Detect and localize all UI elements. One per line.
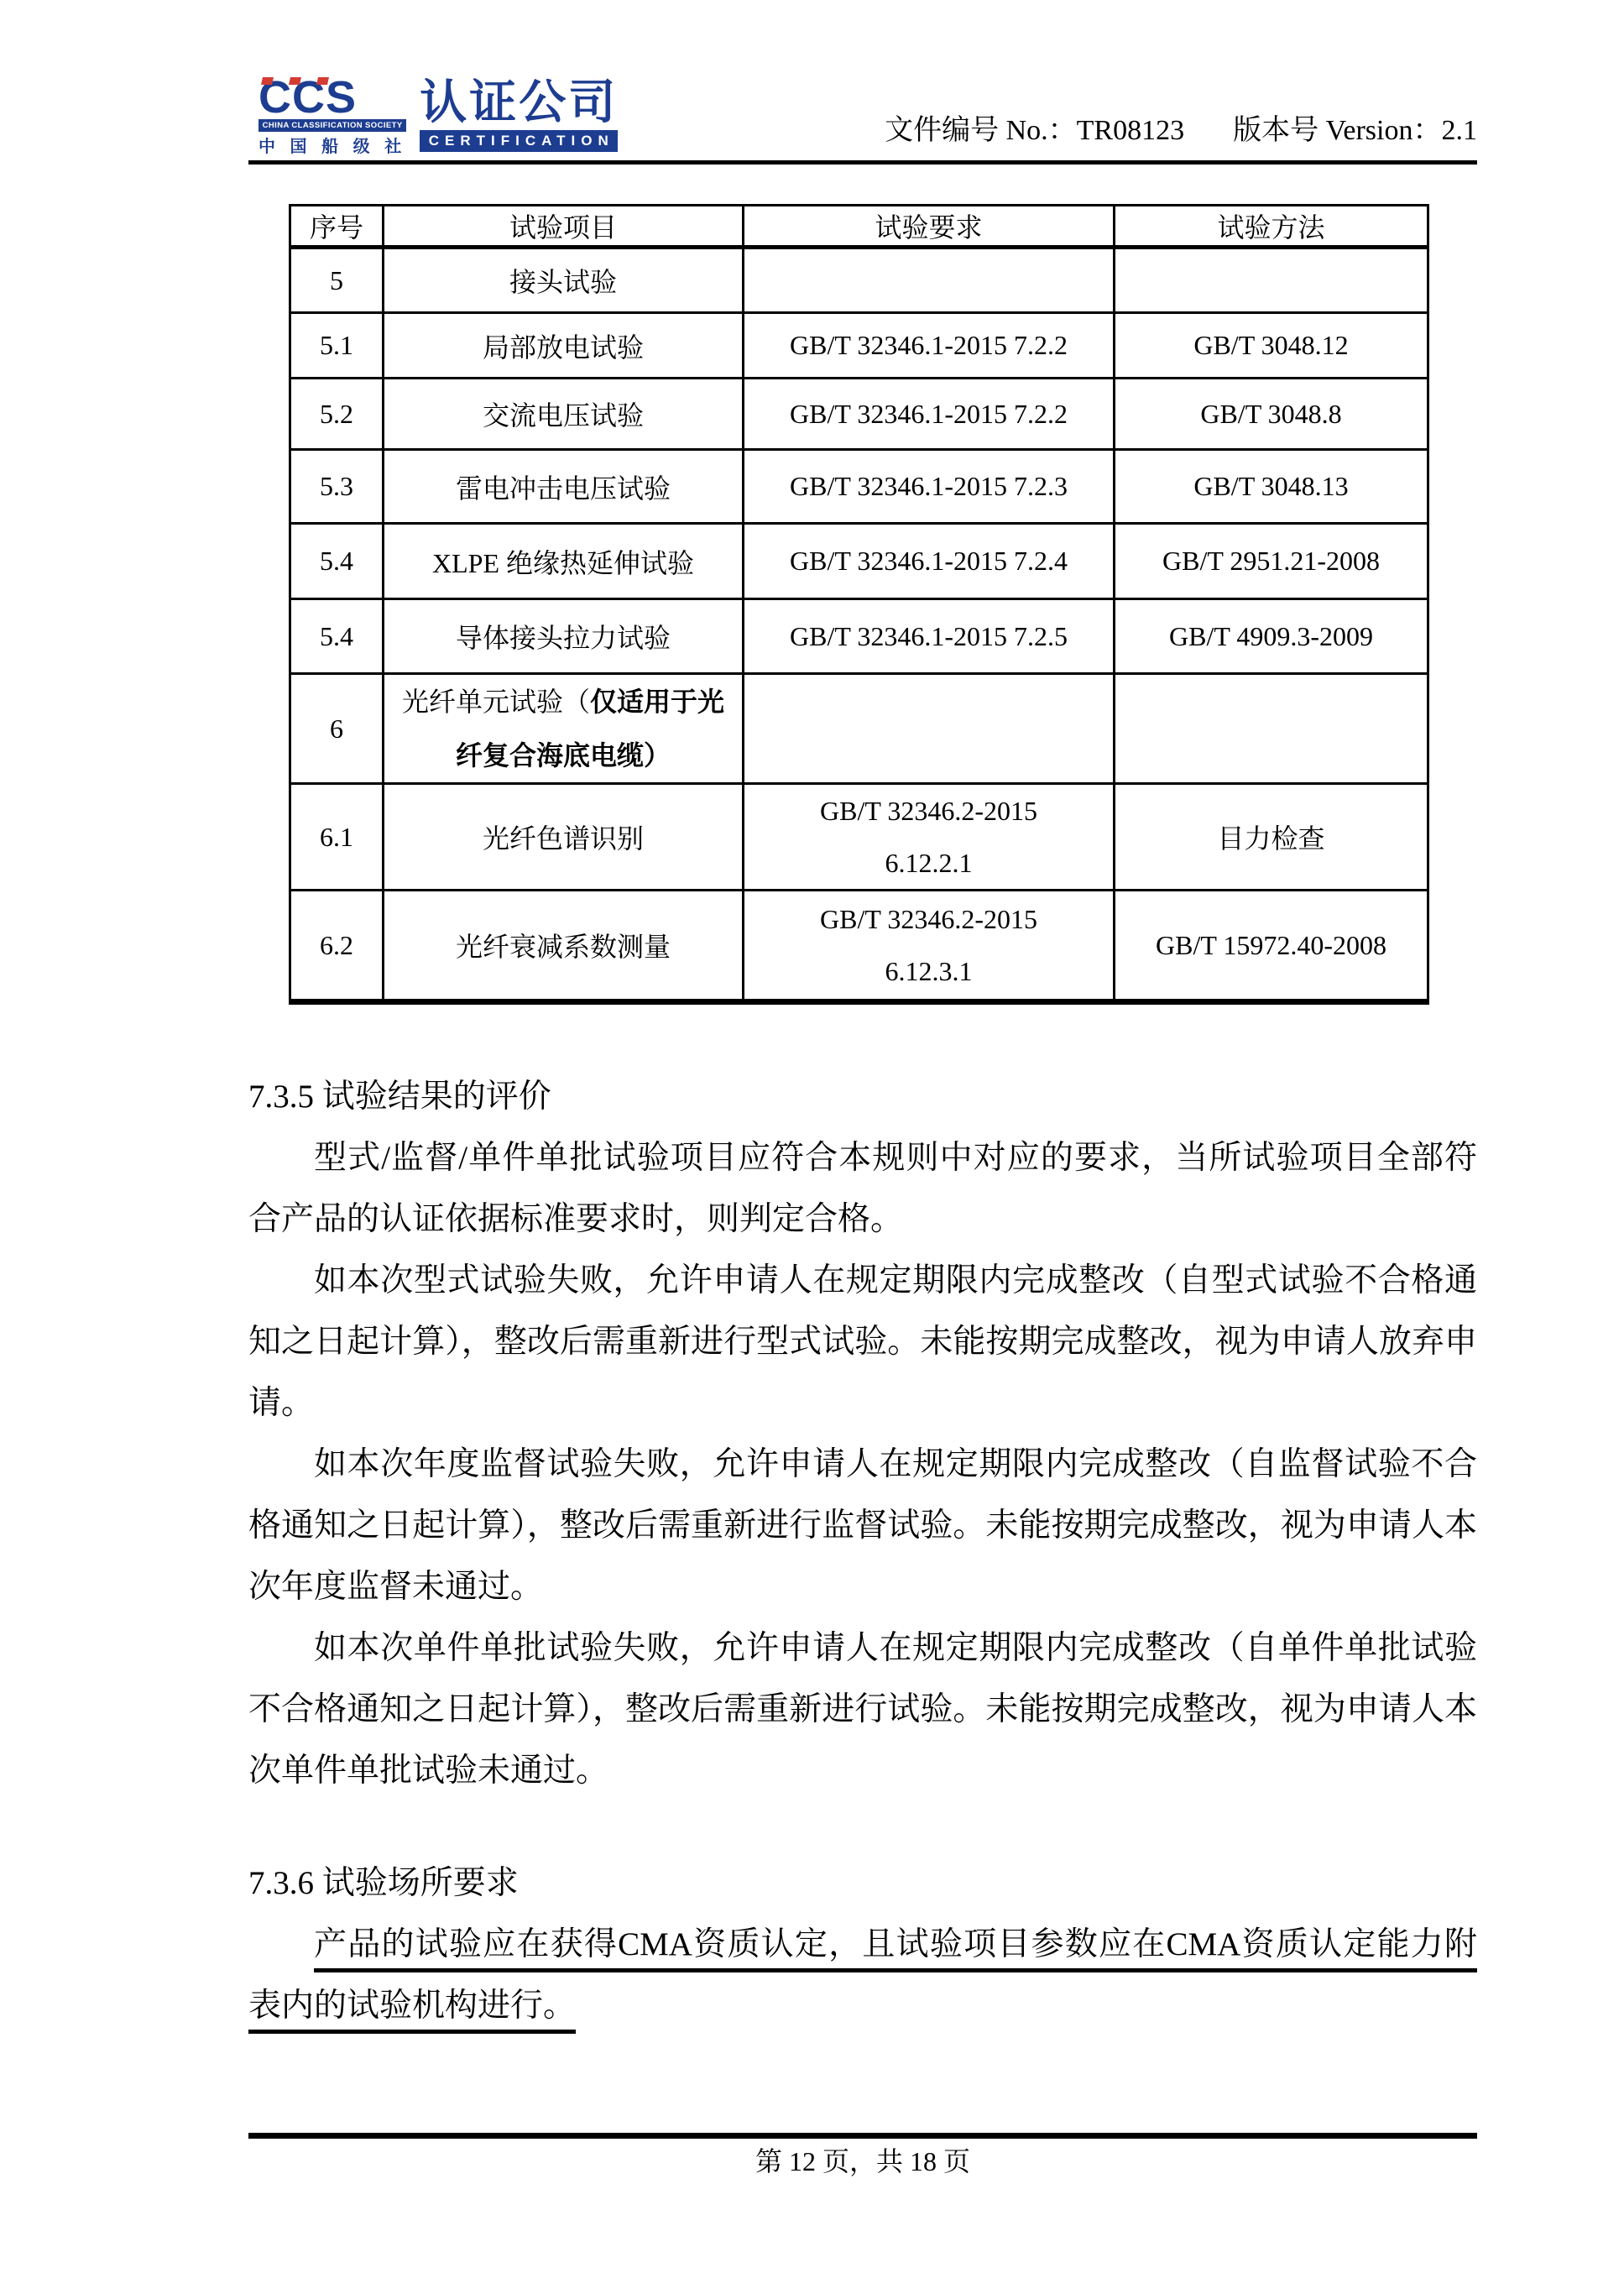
cell-item: 接头试验 bbox=[384, 248, 744, 313]
table-row: 5.2 交流电压试验 GB/T 32346.1-2015 7.2.2 GB/T … bbox=[290, 379, 1428, 450]
cell-requirement bbox=[744, 248, 1115, 313]
header-rule bbox=[248, 160, 1477, 165]
requirement-line-1: GB/T 32346.2-2015 bbox=[753, 785, 1104, 837]
section-7-3-5: 7.3.5 试验结果的评价 型式/监督/单件单批试验项目应符合本规则中对应的要求… bbox=[248, 1066, 1477, 1801]
cell-method: 目力检查 bbox=[1115, 784, 1428, 891]
table-row: 6.2 光纤衰减系数测量 GB/T 32346.2-2015 6.12.3.1 … bbox=[290, 891, 1428, 1002]
footer-rule bbox=[248, 2133, 1477, 2139]
cell-item: 光纤单元试验（仅适用于光纤复合海底电缆） bbox=[384, 674, 744, 784]
section-heading: 7.3.6 试验场所要求 bbox=[248, 1852, 1477, 1914]
table-row: 5.1 局部放电试验 GB/T 32346.1-2015 7.2.2 GB/T … bbox=[290, 313, 1428, 379]
cell-requirement: GB/T 32346.1-2015 7.2.2 bbox=[744, 313, 1115, 379]
section-heading: 7.3.5 试验结果的评价 bbox=[248, 1066, 1477, 1127]
requirement-line-1: GB/T 32346.2-2015 bbox=[753, 893, 1104, 945]
table-row: 6 光纤单元试验（仅适用于光纤复合海底电缆） bbox=[290, 674, 1428, 784]
cell-method: GB/T 3048.8 bbox=[1115, 379, 1428, 450]
cell-requirement: GB/T 32346.1-2015 7.2.4 bbox=[744, 524, 1115, 599]
cell-no: 5.2 bbox=[290, 379, 384, 450]
cell-method bbox=[1115, 248, 1428, 313]
requirement-line-2: 6.12.2.1 bbox=[753, 837, 1104, 889]
cell-no: 5 bbox=[290, 248, 384, 313]
cell-requirement: GB/T 32346.1-2015 7.2.2 bbox=[744, 379, 1115, 450]
cell-requirement: GB/T 32346.2-2015 6.12.3.1 bbox=[744, 891, 1115, 1002]
certification-label: CERTIFICATION bbox=[420, 130, 618, 152]
table-row: 5.4 XLPE 绝缘热延伸试验 GB/T 32346.1-2015 7.2.4… bbox=[290, 524, 1428, 599]
cell-no: 6 bbox=[290, 674, 384, 784]
cell-method: GB/T 2951.21-2008 bbox=[1115, 524, 1428, 599]
table-row: 5 接头试验 bbox=[290, 248, 1428, 313]
ccs-red-accent bbox=[316, 77, 329, 85]
table-row: 5.4 导体接头拉力试验 GB/T 32346.1-2015 7.2.5 GB/… bbox=[290, 599, 1428, 674]
underlined-paragraph: 产品的试验应在获得CMA资质认定，且试验项目参数应在CMA资质认定能力附表内的试… bbox=[248, 1914, 1477, 2036]
item-normal-part: 光纤单元试验（ bbox=[402, 687, 590, 717]
cell-method: GB/T 15972.40-2008 bbox=[1115, 891, 1428, 1002]
cell-requirement bbox=[744, 674, 1115, 784]
society-name-cn: 中 国 船 级 社 bbox=[258, 133, 406, 157]
doc-number: 文件编号 No.：TR08123 bbox=[885, 115, 1184, 146]
ccs-logo-text: CCS bbox=[258, 79, 406, 116]
table-header-row: 序号 试验项目 试验要求 试验方法 bbox=[290, 206, 1428, 248]
ccs-red-accent bbox=[261, 77, 274, 85]
cell-no: 6.2 bbox=[290, 891, 384, 1002]
cell-method: GB/T 4909.3-2009 bbox=[1115, 599, 1428, 674]
col-header-requirement: 试验要求 bbox=[744, 206, 1115, 248]
company-name: 认证公司 bbox=[420, 79, 618, 126]
requirement-line-2: 6.12.3.1 bbox=[753, 945, 1104, 997]
cell-no: 5.4 bbox=[290, 599, 384, 674]
cell-item: 光纤色谱识别 bbox=[384, 784, 744, 891]
cell-item: 导体接头拉力试验 bbox=[384, 599, 744, 674]
cell-no: 5.1 bbox=[290, 313, 384, 379]
cell-method: GB/T 3048.13 bbox=[1115, 450, 1428, 524]
paragraph: 型式/监督/单件单批试验项目应符合本规则中对应的要求，当所试验项目全部符合产品的… bbox=[248, 1127, 1477, 1250]
ccs-logo-left: CCS CHINA CLASSIFICATION SOCIETY 中 国 船 级… bbox=[258, 79, 406, 157]
paragraph: 如本次单件单批试验失败，允许申请人在规定期限内完成整改（自单件单批试验不合格通知… bbox=[248, 1617, 1477, 1801]
document-meta: 文件编号 No.：TR08123版本号 Version：2.1 bbox=[885, 107, 1477, 148]
paragraph: 如本次型式试验失败，允许申请人在规定期限内完成整改（自型式试验不合格通知之日起计… bbox=[248, 1250, 1477, 1434]
page-number: 第 12 页，共 18 页 bbox=[248, 2142, 1477, 2181]
society-name-en: CHINA CLASSIFICATION SOCIETY bbox=[258, 119, 406, 132]
cell-item: XLPE 绝缘热延伸试验 bbox=[384, 524, 744, 599]
ccs-logo-right: 认证公司 CERTIFICATION bbox=[420, 79, 618, 157]
test-items-table: 序号 试验项目 试验要求 试验方法 5 接头试验 5.1 局部放电试验 GB/T… bbox=[289, 204, 1429, 1005]
cell-item-text: 光纤单元试验（仅适用于光纤复合海底电缆） bbox=[393, 675, 734, 782]
cell-requirement: GB/T 32346.2-2015 6.12.2.1 bbox=[744, 784, 1115, 891]
cell-requirement: GB/T 32346.1-2015 7.2.5 bbox=[744, 599, 1115, 674]
cell-method bbox=[1115, 674, 1428, 784]
cell-item: 局部放电试验 bbox=[384, 313, 744, 379]
paragraph: 如本次年度监督试验失败，允许申请人在规定期限内完成整改（自监督试验不合格通知之日… bbox=[248, 1434, 1477, 1617]
cell-item: 雷电冲击电压试验 bbox=[384, 450, 744, 524]
section-7-3-6: 7.3.6 试验场所要求 产品的试验应在获得CMA资质认定，且试验项目参数应在C… bbox=[248, 1852, 1477, 2036]
doc-version: 版本号 Version：2.1 bbox=[1233, 115, 1477, 146]
table-row: 6.1 光纤色谱识别 GB/T 32346.2-2015 6.12.2.1 目力… bbox=[290, 784, 1428, 891]
cell-item: 光纤衰减系数测量 bbox=[384, 891, 744, 1002]
table-row: 5.3 雷电冲击电压试验 GB/T 32346.1-2015 7.2.3 GB/… bbox=[290, 450, 1428, 524]
cell-no: 5.4 bbox=[290, 524, 384, 599]
ccs-red-accent bbox=[289, 77, 301, 85]
requirement-two-line: GB/T 32346.2-2015 6.12.3.1 bbox=[753, 893, 1104, 997]
document-page: CCS CHINA CLASSIFICATION SOCIETY 中 国 船 级… bbox=[0, 0, 1624, 2278]
ccs-logo: CCS CHINA CLASSIFICATION SOCIETY 中 国 船 级… bbox=[258, 79, 618, 157]
col-header-item: 试验项目 bbox=[384, 206, 744, 248]
col-header-method: 试验方法 bbox=[1115, 206, 1428, 248]
cell-item: 交流电压试验 bbox=[384, 379, 744, 450]
requirement-two-line: GB/T 32346.2-2015 6.12.2.1 bbox=[753, 785, 1104, 889]
cell-requirement: GB/T 32346.1-2015 7.2.3 bbox=[744, 450, 1115, 524]
cell-no: 5.3 bbox=[290, 450, 384, 524]
col-header-no: 序号 bbox=[290, 206, 384, 248]
cell-method: GB/T 3048.12 bbox=[1115, 313, 1428, 379]
test-table-wrapper: 序号 试验项目 试验要求 试验方法 5 接头试验 5.1 局部放电试验 GB/T… bbox=[289, 204, 1429, 1005]
cell-no: 6.1 bbox=[290, 784, 384, 891]
